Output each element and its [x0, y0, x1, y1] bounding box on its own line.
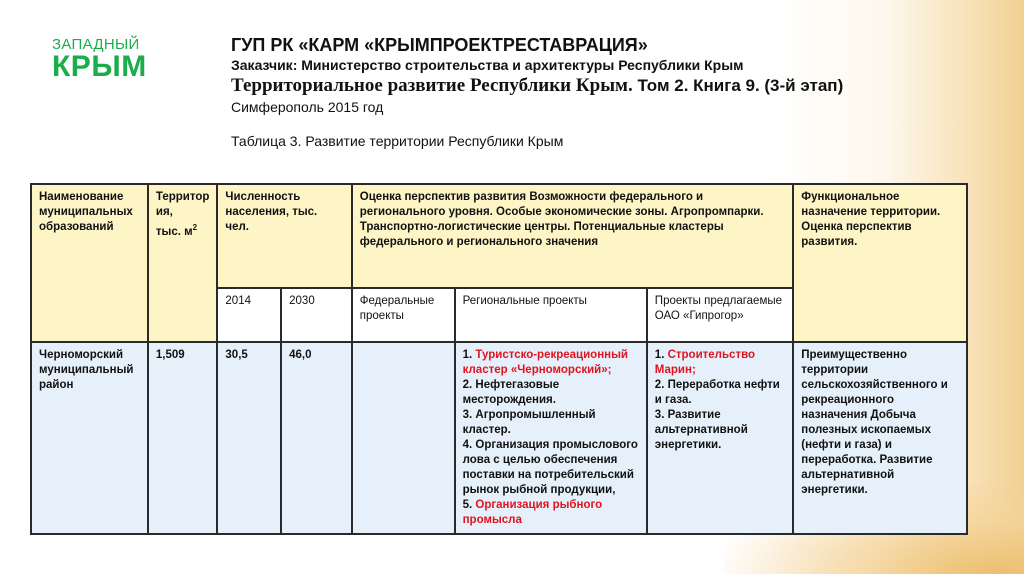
subheader-2030: 2030 [281, 288, 352, 342]
subheader-federal: Федеральные проекты [352, 288, 455, 342]
list-item: 2. Нефтегазовые месторождения. [463, 378, 639, 408]
header-functional: Функциональное назначение территории. Оц… [793, 184, 967, 342]
cell-functional: Преимущественно территории сельскохозяйс… [793, 342, 967, 534]
city-year: Симферополь 2015 год [231, 98, 843, 116]
document-title-volume: Том 2. Книга 9. (3-й этап) [633, 76, 843, 95]
list-item-text: Развитие альтернативной энергетики. [655, 409, 748, 451]
document-header: ГУП РК «КАРМ «КРЫМПРОЕКТРЕСТАВРАЦИЯ» Зак… [231, 34, 843, 150]
subheader-regional: Региональные проекты [455, 288, 647, 342]
header-assessment: Оценка перспектив развития Возможности ф… [352, 184, 793, 288]
list-item-text: Организация рыбного промысла [463, 499, 603, 526]
list-item: 3. Агропромышленный кластер. [463, 408, 639, 438]
list-item-text: Организация промыслового лова с целью об… [463, 439, 638, 496]
list-item: 2. Переработка нефти и газа. [655, 378, 785, 408]
cell-territory: 1,509 [148, 342, 218, 534]
subheader-2014: 2014 [217, 288, 281, 342]
cell-pop-2030: 46,0 [281, 342, 352, 534]
header-territory-label: Территор ия, [156, 191, 210, 218]
logo-line2: КРЫМ [52, 53, 147, 81]
development-table: Наименование муниципальных образований Т… [30, 183, 968, 535]
list-item-number: 3. [655, 409, 668, 421]
header-territory: Территор ия,тыс. м2 [148, 184, 218, 342]
list-item-text: Переработка нефти и газа. [655, 379, 780, 406]
cell-municipality: Черноморский муниципальный район [31, 342, 148, 534]
logo: ЗАПАДНЫЙ КРЫМ [52, 37, 147, 81]
list-item-text: Нефтегазовые месторождения. [463, 379, 560, 406]
list-item: 1. Строительство Марин; [655, 348, 785, 378]
document-title: Территориальное развитие Республики Крым… [231, 74, 843, 98]
cell-federal [352, 342, 455, 534]
document-title-serif: Территориальное развитие Республики Крым… [231, 75, 633, 96]
cell-regional: 1. Туристско-рекреационный кластер «Черн… [455, 342, 647, 534]
list-item: 1. Туристско-рекреационный кластер «Черн… [463, 348, 639, 378]
organization-name: ГУП РК «КАРМ «КРЫМПРОЕКТРЕСТАВРАЦИЯ» [231, 34, 843, 56]
list-item-text: Строительство Марин; [655, 349, 755, 376]
list-item: 4. Организация промыслового лова с целью… [463, 438, 639, 498]
header-territory-sup: 2 [193, 223, 197, 232]
table-row: Черноморский муниципальный район 1,509 3… [31, 342, 967, 534]
table-caption: Таблица 3. Развитие территории Республик… [231, 132, 843, 150]
header-population: Численность населения, тыс. чел. [217, 184, 351, 288]
list-item-text: Агропромышленный кластер. [463, 409, 596, 436]
subheader-giprogor: Проекты предлагаемые ОАО «Гипрогор» [647, 288, 793, 342]
list-item-number: 4. [463, 439, 476, 451]
customer-line: Заказчик: Министерство строительства и а… [231, 56, 843, 74]
list-item: 3. Развитие альтернативной энергетики. [655, 408, 785, 453]
cell-giprogor: 1. Строительство Марин;2. Переработка не… [647, 342, 793, 534]
cell-pop-2014: 30,5 [217, 342, 281, 534]
header-municipality: Наименование муниципальных образований [31, 184, 148, 342]
list-item-number: 1. [463, 349, 476, 361]
list-item-number: 2. [655, 379, 668, 391]
list-item: 5. Организация рыбного промысла [463, 498, 639, 528]
list-item-number: 3. [463, 409, 476, 421]
list-item-number: 2. [463, 379, 476, 391]
header-territory-unit: тыс. м [156, 226, 193, 238]
list-item-text: Туристско-рекреационный кластер «Черномо… [463, 349, 628, 376]
table-header-row: Наименование муниципальных образований Т… [31, 184, 967, 288]
list-item-number: 5. [463, 499, 476, 511]
list-item-number: 1. [655, 349, 668, 361]
